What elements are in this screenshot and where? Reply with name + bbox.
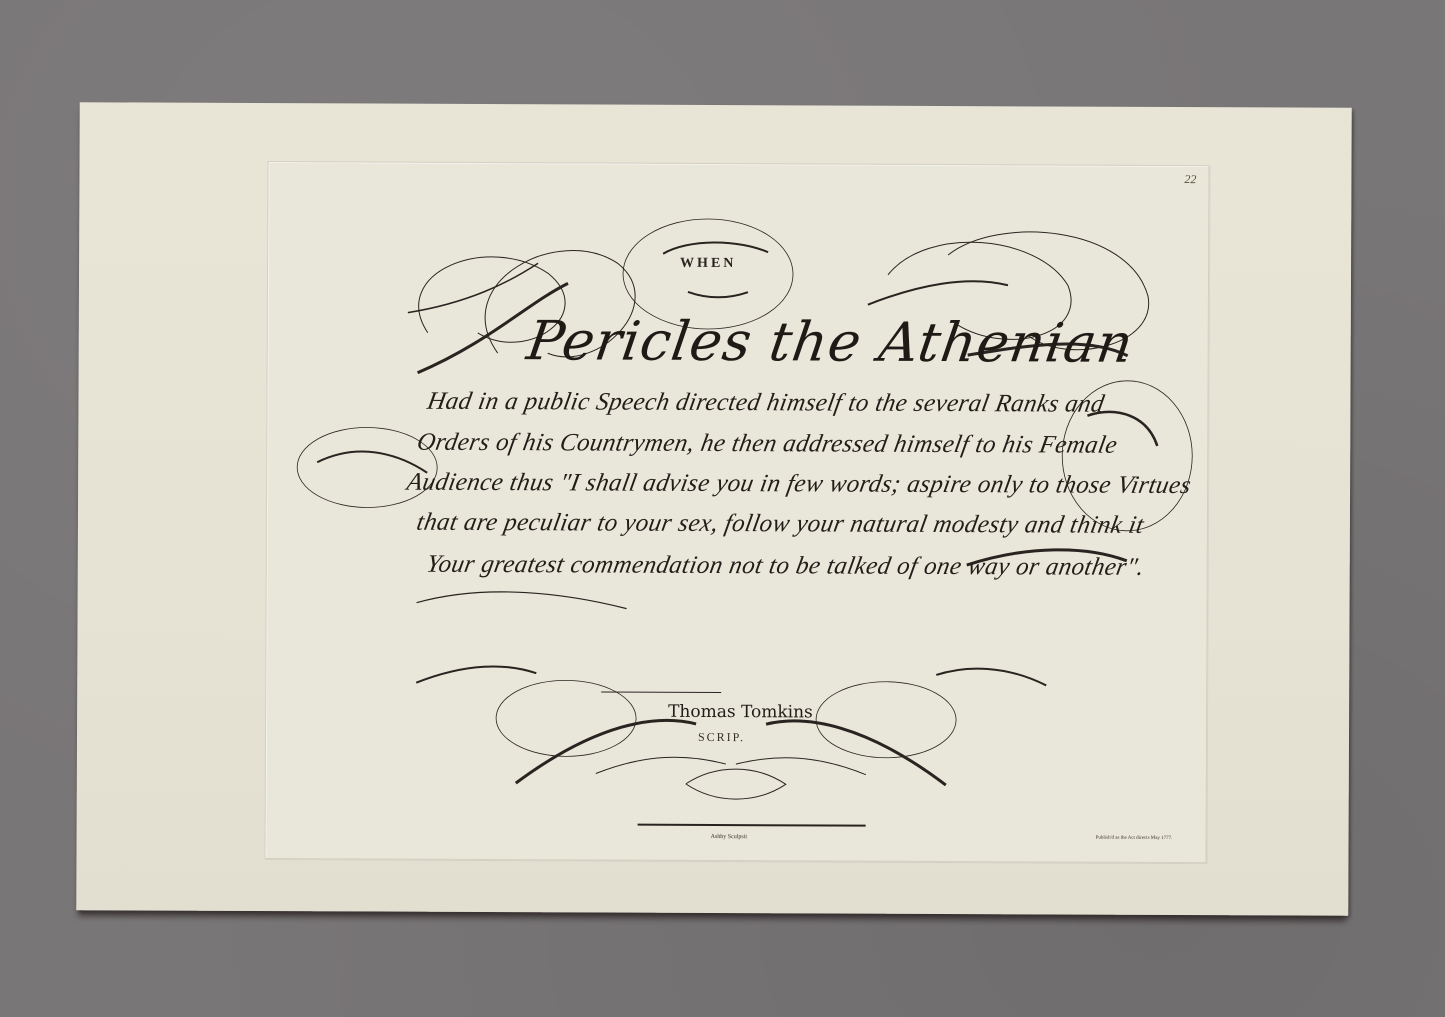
body-line-2: Orders of his Countrymen, he then addres…: [415, 429, 1120, 460]
title-pericles: Pericles the Athenian: [523, 309, 1138, 375]
body-line-5: Your greatest commendation not to be tal…: [424, 551, 1146, 582]
paper-sheet: 22: [76, 102, 1352, 916]
engraver-credit: Ashby Sculpsit: [711, 834, 748, 840]
publisher-line: Publish'd as the Act directs May 1777.: [1096, 836, 1173, 841]
heading-when: WHEN: [680, 256, 736, 272]
body-line-1: Had in a public Speech directed himself …: [425, 388, 1107, 419]
author-name: Thomas Tomkins: [668, 702, 813, 723]
body-line-3: Audience thus "I shall advise you in few…: [405, 469, 1194, 500]
body-line-4: that are peculiar to your sex, follow yo…: [414, 509, 1146, 540]
plate-mark: 22: [264, 161, 1209, 863]
author-suffix: SCRIP.: [698, 730, 745, 745]
